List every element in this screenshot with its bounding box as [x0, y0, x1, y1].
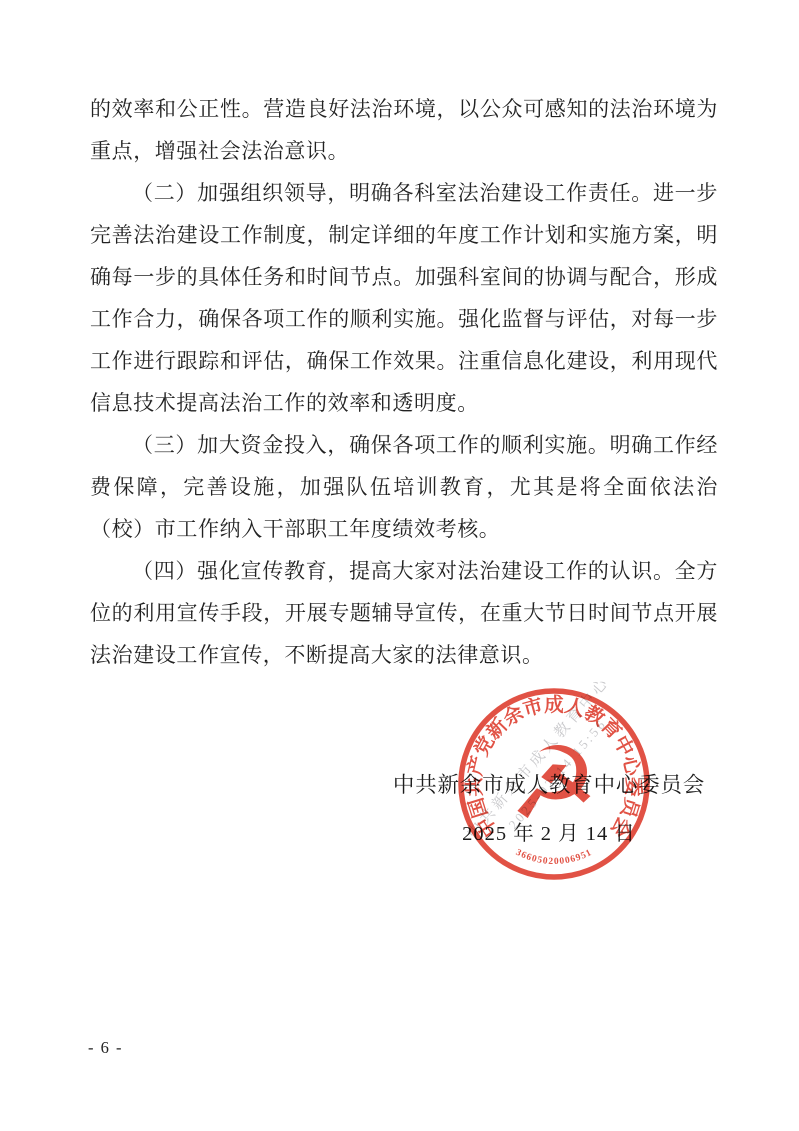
paragraph-item-3: （三）加大资金投入，确保各项工作的顺利实施。明确工作经费保障，完善设施，加强队伍…	[90, 424, 718, 550]
paragraph-continuation: 的效率和公正性。营造良好法治环境，以公众可感知的法治环境为重点，增强社会法治意识…	[90, 88, 718, 172]
document-page: 的效率和公正性。营造良好法治环境，以公众可感知的法治环境为重点，增强社会法治意识…	[0, 0, 799, 1131]
seal-code: 36605020006951	[514, 848, 594, 867]
paragraph-item-4: （四）强化宣传教育，提高大家对法治建设工作的认识。全方位的利用宣传手段，开展专题…	[90, 550, 718, 676]
signing-committee-name: 中共新余市成人教育中心委员会	[390, 768, 708, 799]
signing-date: 2025 年 2 月 14 日	[390, 816, 708, 846]
document-body: 的效率和公正性。营造良好法治环境，以公众可感知的法治环境为重点，增强社会法治意识…	[90, 88, 718, 676]
page-number: - 6 -	[88, 1038, 123, 1058]
paragraph-item-2: （二）加强组织领导，明确各科室法治建设工作责任。进一步完善法治建设工作制度，制定…	[90, 172, 718, 424]
signature-block: 中共新余市成人教育中心委员会 2025 年 2 月 14 日	[390, 768, 708, 846]
